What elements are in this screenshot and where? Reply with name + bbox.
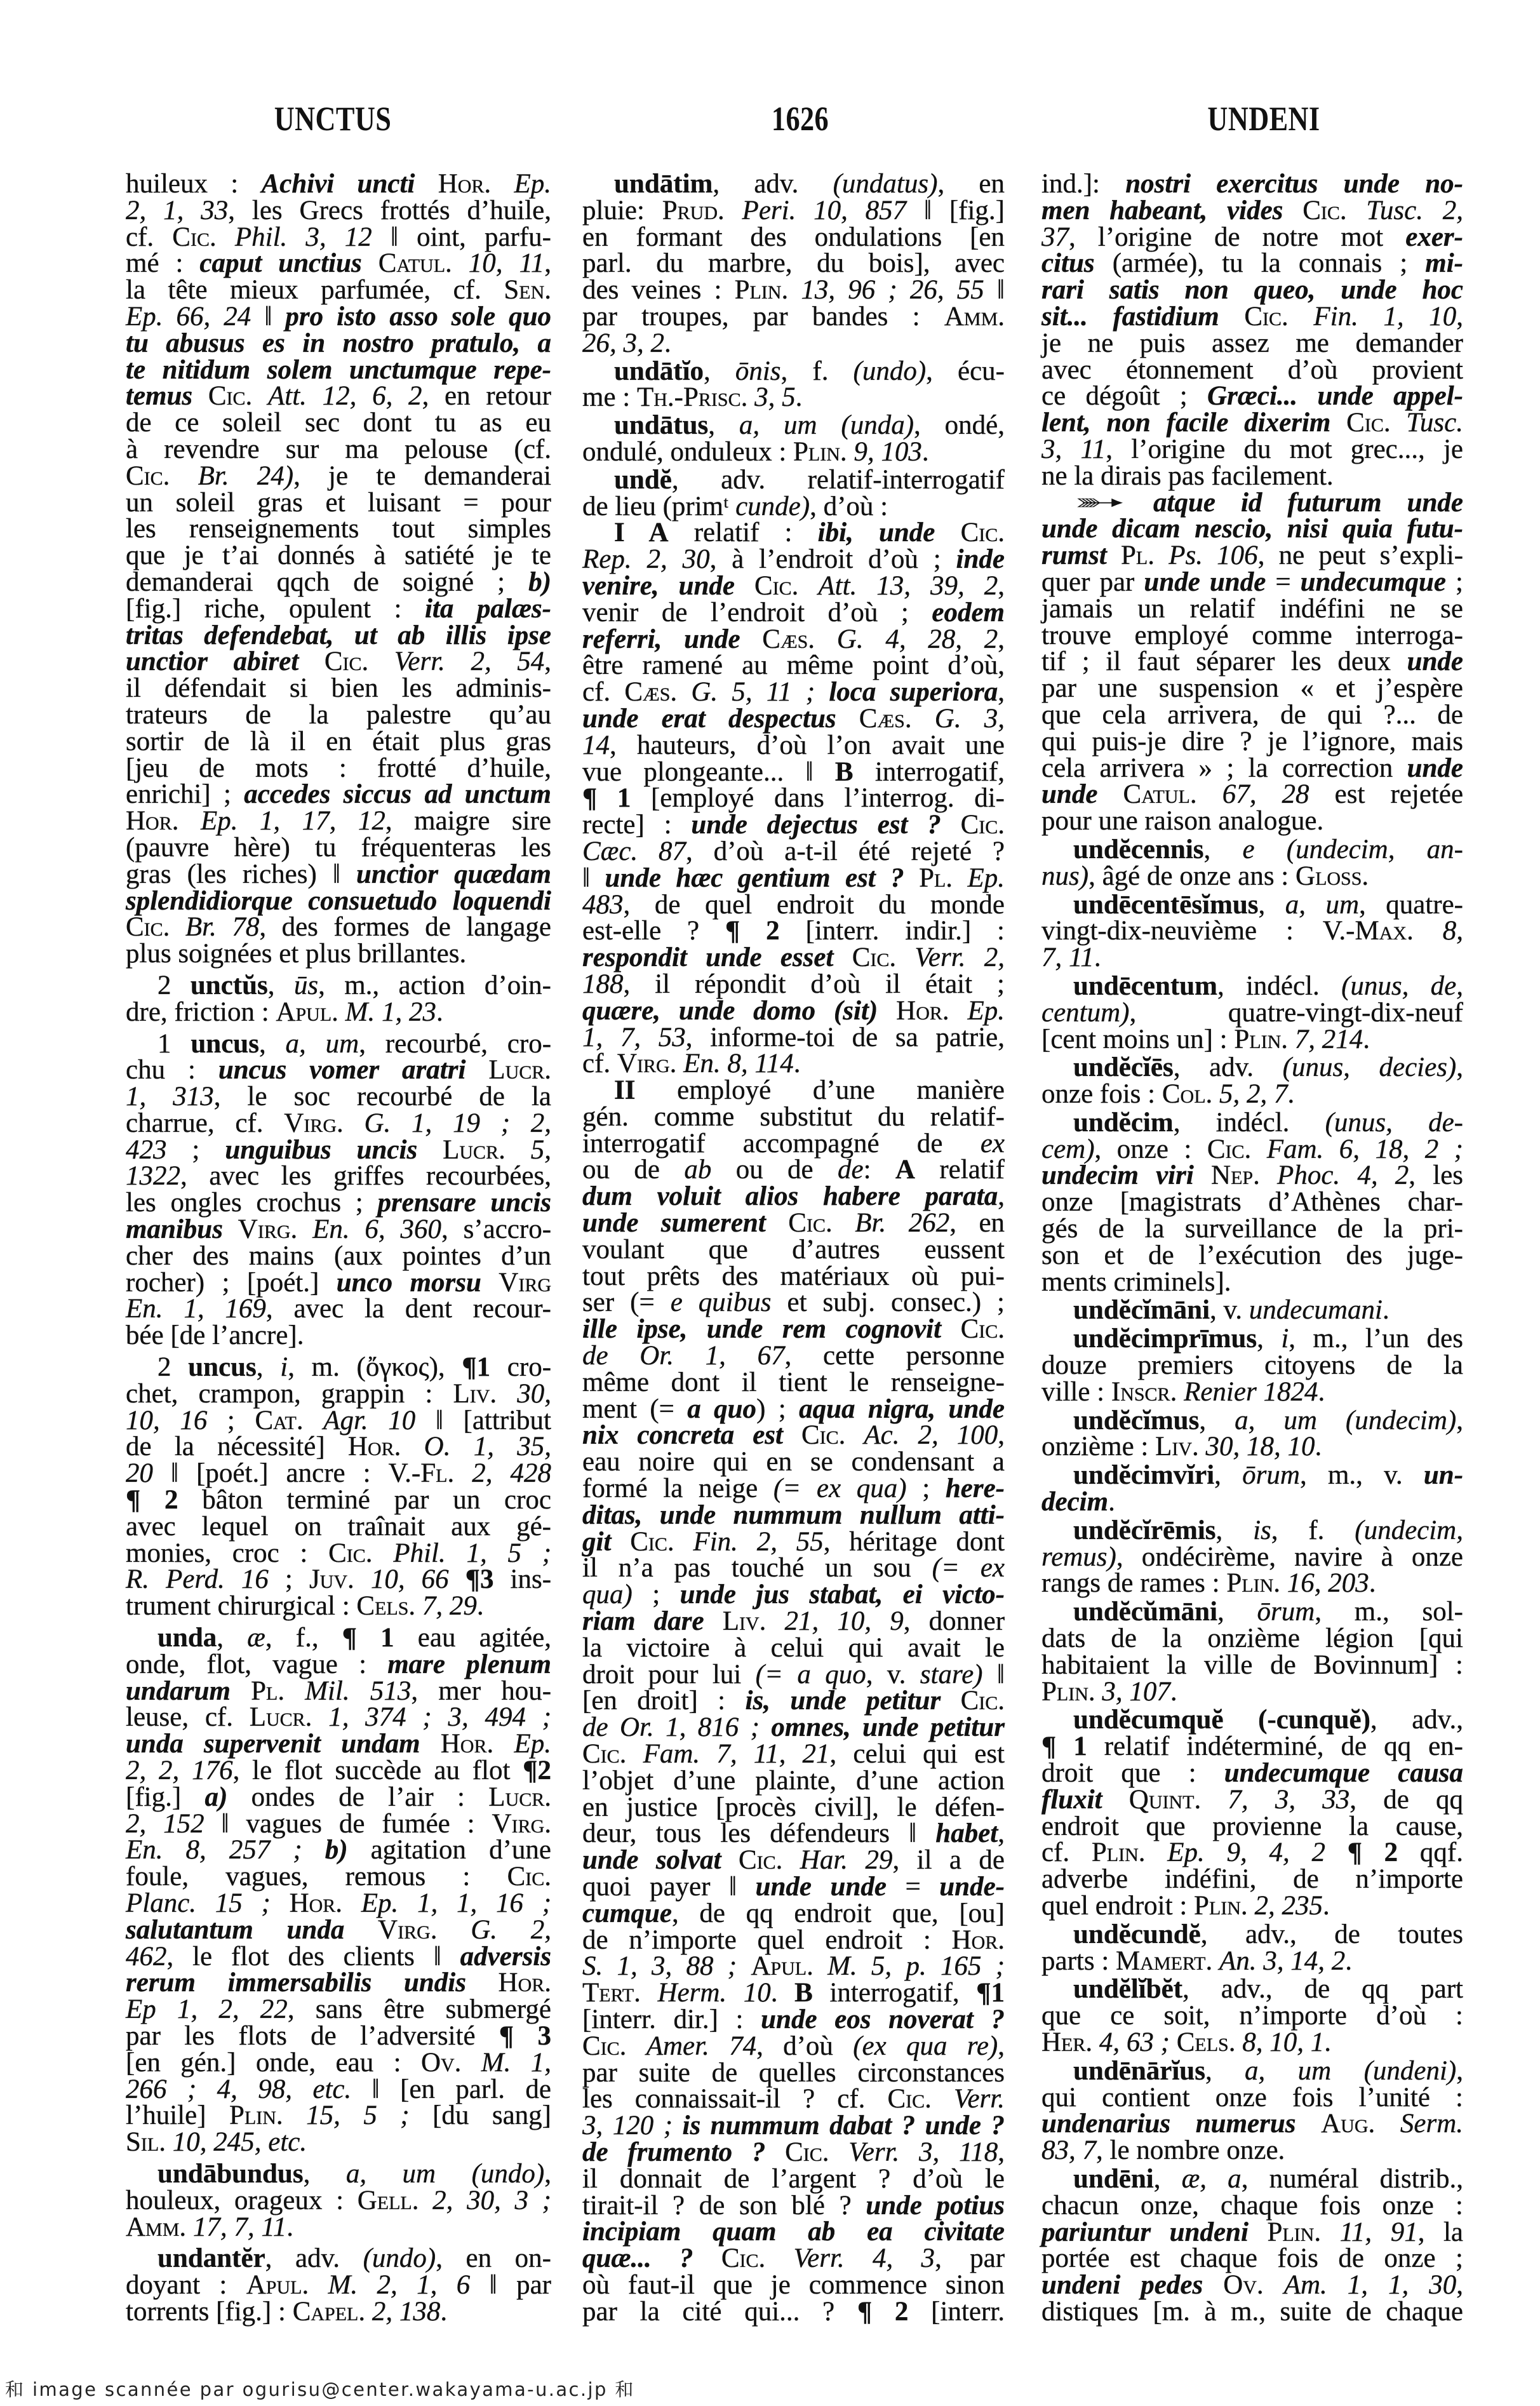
reference-italic: is	[1253, 1516, 1271, 1545]
text-run	[344, 1915, 378, 1945]
text-run: trument chirurgical :	[126, 1591, 356, 1621]
text-run	[941, 810, 961, 840]
bold-term: undēcentum	[1073, 971, 1217, 1001]
text-line: cf. Virg. En. 8, 114.	[582, 1051, 1005, 1077]
author-abbreviation: Apul.	[246, 2270, 309, 2300]
dictionary-entry: undĕcŭmāni, ōrum, m., sol-dats de la onz…	[1041, 1599, 1463, 1705]
text-run	[845, 1420, 864, 1450]
text-run	[1414, 916, 1443, 946]
bold-term: A	[895, 1155, 915, 1185]
reference-italic: a, um	[286, 1029, 359, 1059]
entry-subsection: ➳ atque id futurum undeunde dicam nescio…	[1041, 490, 1463, 835]
text-run: , v.	[1210, 1295, 1249, 1325]
author-abbreviation: Cic.	[961, 518, 1005, 548]
text-run: ment (=	[582, 1394, 687, 1424]
reference-italic: 67, 28	[1222, 779, 1309, 809]
text-run: chacun onze, chaque fois onze :	[1041, 2191, 1463, 2221]
text-run	[1325, 1838, 1348, 1867]
text-run	[1097, 779, 1123, 809]
text-line: jamais un relatif indéfini ne se	[1041, 596, 1463, 622]
text-line: avec étonnement d’où provient	[1041, 357, 1463, 384]
text-line: undĕcim, indécl. (unus, de-	[1041, 1110, 1463, 1136]
latin-quotation: unde hæc gentium est ?	[605, 863, 904, 893]
text-run	[166, 2127, 173, 2157]
text-run: , quatre-vingt-dix-neuf	[1130, 998, 1464, 1028]
author-abbreviation: Cic.	[785, 2137, 829, 2167]
reference-italic: G. 2,	[471, 1915, 551, 1945]
text-run	[170, 461, 198, 491]
author-abbreviation: Hor.	[441, 1729, 493, 1759]
text-line: de la nécessité] Hor. O. 1, 35,	[126, 1434, 551, 1460]
text-line: portée est chaque fois de onze ;	[1041, 2245, 1463, 2272]
text-line: enrichi] ; accedes siccus ad unctum	[126, 781, 551, 808]
text-line: parl. du marbre, du bois], avec	[582, 250, 1005, 277]
author-abbreviation: Plin.	[229, 2100, 283, 2130]
text-line: houleux, orageux : Gell. 2, 30, 3 ;	[126, 2188, 551, 2214]
text-run: , f.	[781, 356, 854, 386]
text-run: il n’a pas touché un sou	[582, 1553, 932, 1583]
text-line: 2, 152 ‖ vagues de fumée : Virg.	[126, 1811, 551, 1838]
right-guide-word: UNDENI	[1202, 102, 1327, 136]
reference-italic: qua)	[582, 1580, 633, 1610]
text-run: gén. comme substitut du relatif-	[582, 1102, 1005, 1132]
reference-italic: Fin. 1, 10	[1313, 302, 1456, 332]
bold-term: undĕcumquĕ (-cunquĕ)	[1073, 1705, 1370, 1735]
text-line: undĕcennis, e (undecim, an-	[1041, 837, 1463, 863]
bold-term: undātus	[614, 410, 708, 440]
reference-italic: Mil. 513	[305, 1676, 411, 1706]
text-run: [jeu de mots : frotté d’huile,	[126, 753, 551, 783]
text-run: onde, flot, vague :	[126, 1650, 387, 1679]
text-run: .	[1323, 1891, 1330, 1921]
author-abbreviation: Lucr.	[488, 1055, 551, 1085]
text-run: enrichi] ;	[126, 779, 244, 809]
author-abbreviation: Cic.	[852, 943, 896, 972]
reference-italic: æ, a	[1182, 2164, 1242, 2194]
latin-quotation: men habeant, vides	[1041, 196, 1283, 225]
text-run: .	[1094, 943, 1101, 972]
reference-italic: 8,	[1443, 916, 1463, 946]
bold-term: undĕcundĕ	[1073, 1919, 1201, 1949]
text-run: , le flot succède au flot	[233, 1756, 523, 1785]
reference-italic: (= ex	[932, 1553, 1005, 1583]
text-run: , de quel endroit du monde	[624, 890, 1005, 920]
text-run: jamais un relatif indéfini ne se	[1041, 594, 1463, 624]
reference-italic: 462	[126, 1942, 167, 1972]
author-abbreviation: Cæs.	[762, 624, 815, 654]
text-line: 266 ; 4, 98, etc. ‖ [en parl. de	[126, 2076, 551, 2103]
author-abbreviation: Ov.	[421, 2048, 461, 2078]
text-line: cela arrivera » ; la correction unde	[1041, 755, 1463, 782]
bold-term: undēcentēsĭmus	[1073, 890, 1258, 920]
author-abbreviation: Cic.	[507, 1862, 551, 1892]
bold-term: undĕcŭmāni	[1073, 1597, 1217, 1627]
text-line: tu abusus es in nostro pratulo, a	[126, 330, 551, 357]
latin-quotation: decim	[1041, 1487, 1108, 1517]
text-run	[362, 248, 378, 278]
text-line: habitaient la ville de Bovinnum] :	[1041, 1652, 1463, 1679]
text-run: , ondécirème, navire à onze	[1116, 1542, 1463, 1572]
text-line: R. Perd. 16 ; Juv. 10, 66 ¶3 ins-	[126, 1566, 551, 1593]
reference-italic: Ep.	[967, 863, 1005, 893]
text-run	[1248, 1891, 1255, 1921]
text-run: droit pour lui	[582, 1660, 756, 1690]
reference-italic: cunde)	[735, 492, 810, 521]
text-run	[626, 2031, 646, 2061]
bold-term: ¶ 3	[499, 2021, 551, 2051]
text-run	[674, 1527, 693, 1557]
reference-italic: 30, 18, 10	[1206, 1432, 1315, 1462]
text-run	[186, 2212, 193, 2242]
text-run: par la cité qui... ?	[582, 2297, 857, 2327]
text-line: Sil. 10, 245, etc.	[126, 2129, 551, 2156]
text-run: , de qq	[1349, 1785, 1463, 1815]
bold-term: undĕcĭmus	[1073, 1406, 1199, 1435]
dictionary-entry: 2 uncus, i, m. (ὄγκος), ¶1 cro-chet, cra…	[126, 1354, 551, 1620]
text-run	[170, 912, 185, 942]
text-run: , onze :	[1095, 1134, 1207, 1164]
text-run: cro-	[490, 1352, 551, 1382]
text-run: ind.]:	[1041, 169, 1125, 199]
dictionary-entry: undĕcimprīmus, i, m., l’un desdouze prem…	[1041, 1326, 1463, 1405]
text-run: recte] :	[582, 810, 691, 840]
text-run: ‖ oint, parfu-	[372, 222, 551, 252]
text-line: ville : Inscr. Renier 1824.	[1041, 1379, 1463, 1406]
reference-italic: Ep.	[514, 169, 552, 199]
text-line: unde Catul. 67, 28 est rejetée	[1041, 781, 1463, 808]
text-run: .	[1108, 1487, 1115, 1517]
bold-term: ¶ 2	[725, 916, 780, 946]
reference-italic: Ep 1, 2, 22	[126, 1994, 288, 2024]
author-abbreviation: Virg	[499, 1268, 551, 1298]
text-line: trument chirurgical : Cels. 7, 29.	[126, 1593, 551, 1620]
text-run	[737, 1951, 751, 1981]
dictionary-entry: undēcentum, indécl. (unus, de,centum), q…	[1041, 973, 1463, 1052]
text-run	[765, 2243, 793, 2273]
author-abbreviation: Hor.	[499, 1968, 551, 1998]
reference-italic: (undo)	[854, 356, 927, 386]
latin-quotation: omnes, unde petitur	[771, 1712, 1005, 1742]
reference-italic: Planc. 15 ;	[126, 1888, 271, 1918]
text-line: par troupes, par bandes : Amm.	[582, 304, 1005, 330]
text-run: , sans être submergé	[288, 1994, 551, 2024]
reference-italic: 3, 120 ;	[582, 2111, 673, 2141]
text-run: , f.	[1271, 1516, 1355, 1545]
bold-term: ¶3	[465, 1564, 494, 1594]
text-run	[676, 1049, 683, 1079]
text-line: interrogatif accompagné de ex	[582, 1131, 1005, 1157]
text-run	[1102, 1785, 1129, 1815]
reference-italic: Ep. 1, 17, 12	[201, 806, 385, 836]
text-line: respondit unde esset Cic. Verr. 2,	[582, 944, 1005, 971]
text-line: temus Cic. Att. 12, 6, 2, en retour	[126, 383, 551, 410]
entry-continuation: ind.]: nostri exercitus unde no-men habe…	[1041, 171, 1463, 490]
bold-term: uncus	[188, 1352, 257, 1382]
latin-quotation: lent, non facile dixerim	[1041, 408, 1330, 438]
text-run: ;	[907, 1474, 946, 1503]
text-run: ,	[1456, 1406, 1463, 1435]
text-run	[438, 1915, 471, 1945]
text-run: .	[440, 2297, 447, 2327]
latin-quotation: quære, unde domo (sit)	[582, 996, 878, 1026]
text-run: vue plongeante... ‖	[582, 757, 835, 787]
latin-quotation: unde dejectus est ?	[691, 810, 941, 840]
text-run: .	[922, 437, 929, 467]
text-run: .	[477, 1591, 484, 1621]
author-abbreviation: Plin.	[1041, 1677, 1095, 1707]
reference-italic: 188	[582, 969, 624, 999]
text-line: undĕcĭrēmis, is, f. (undecim,	[1041, 1517, 1463, 1544]
text-run: .	[286, 2212, 293, 2242]
text-run: ,	[1456, 2270, 1463, 2300]
text-line: [fig.] riche, opulent : ita palæs-	[126, 596, 551, 622]
text-run: l’objet d’une plainte, d’une action	[582, 1766, 1005, 1796]
text-line: qui contient onze fois l’unité :	[1041, 2085, 1463, 2111]
text-run: [en gén.] onde, eau :	[126, 2048, 421, 2078]
reference-italic: Verr. 2,	[914, 943, 1005, 972]
reference-italic: i	[280, 1352, 288, 1382]
latin-quotation: temus	[126, 381, 192, 411]
reference-italic: 2, 2, 176	[126, 1756, 233, 1785]
reference-italic: En. 8, 114	[683, 1049, 794, 1079]
latin-quotation: unde dicam nescio, nisi quia futu-	[1041, 514, 1463, 544]
author-abbreviation: Catul.	[1123, 779, 1197, 809]
author-abbreviation: Cæs.	[624, 677, 677, 707]
bold-term: undēnārĭus	[1073, 2056, 1205, 2086]
reference-italic: undecumani	[1249, 1295, 1383, 1325]
text-line: 1322, avec les griffes recourbées,	[126, 1163, 551, 1190]
reference-italic: 483	[582, 890, 624, 920]
latin-quotation: fluxit	[1041, 1785, 1102, 1815]
text-run	[788, 275, 801, 305]
text-run	[766, 1606, 784, 1636]
text-run	[611, 1527, 630, 1557]
text-run: , d’où	[756, 2031, 853, 2061]
text-run: ,	[1257, 1324, 1281, 1354]
reference-italic: 10, 16	[126, 1406, 207, 1435]
text-run	[342, 1888, 361, 1918]
latin-quotation: riam dare	[582, 1606, 704, 1636]
text-run: gés de la surveillance de la pri-	[1041, 1214, 1463, 1244]
latin-quotation: nix concreta est	[582, 1420, 783, 1450]
dictionary-entry: 1 uncus, a, um, recourbé, cro-chu : uncu…	[126, 1031, 551, 1350]
text-run: [fig.]	[126, 1782, 204, 1812]
reference-italic: 17, 7, 11	[193, 2212, 286, 2242]
latin-quotation: pariuntur undeni	[1041, 2217, 1249, 2247]
text-run	[401, 1432, 424, 1462]
text-run	[765, 2137, 785, 2167]
text-run: , la	[1418, 2217, 1463, 2247]
text-run	[641, 1978, 658, 2008]
text-line: 2 unctŭs, ūs, m., action d’oin-	[126, 972, 551, 999]
text-line: unde dicam nescio, nisi quia futu-	[1041, 516, 1463, 542]
text-run: .	[1369, 1568, 1376, 1598]
text-line: ¶ 1 relatif indéterminé, de qq en-	[1041, 1733, 1463, 1760]
text-run: eau agitée,	[394, 1623, 551, 1653]
reference-italic: 3, 107	[1102, 1677, 1170, 1707]
text-run: cf.	[582, 1049, 617, 1079]
text-run: avec lequel on traînait aux gé-	[126, 1512, 551, 1542]
text-line: il donnait de l’argent ? d’où le	[582, 2166, 1005, 2193]
text-run	[1212, 1946, 1219, 1976]
text-run: qui puis-je dire ? je l’ignore, mais	[1041, 727, 1463, 756]
reference-italic: a, um (undo)	[346, 2159, 544, 2189]
text-run: trouve employé comme interroga-	[1041, 621, 1463, 650]
text-line: ser (= e quibus et subj. consec.) ;	[582, 1289, 1005, 1316]
latin-quotation: nostri exercitus unde no-	[1125, 169, 1463, 199]
author-abbreviation: Lucr.	[443, 1135, 506, 1165]
text-run: est rejetée	[1309, 779, 1463, 809]
text-line: pariuntur undeni Plin. 11, 91, la	[1041, 2219, 1463, 2246]
text-run: , indécl.	[1217, 971, 1341, 1001]
text-run: , en retour	[422, 381, 551, 411]
text-run: onze fois :	[1041, 1079, 1162, 1109]
latin-quotation: referri, unde	[582, 624, 740, 654]
latin-quotation: unde erat despectus	[582, 704, 836, 734]
author-abbreviation: Cic.	[754, 571, 798, 601]
text-run	[815, 624, 837, 654]
text-run	[298, 647, 325, 676]
latin-quotation: de frumento ?	[582, 2137, 765, 2167]
text-run: trateurs de la palestre qu’au	[126, 700, 551, 730]
text-run: , avec la dent recour-	[266, 1294, 551, 1324]
text-run: , f.,	[265, 1623, 342, 1653]
section-label: b)	[528, 567, 551, 597]
text-run: , adv., de qq part	[1182, 1974, 1463, 2004]
text-run: ,	[1216, 1516, 1254, 1545]
text-line: cem), onze : Cic. Fam. 6, 18, 2 ;	[1041, 1136, 1463, 1163]
text-line: adverbe indéfini, de n’importe	[1041, 1866, 1463, 1893]
text-run: , mer hou-	[411, 1676, 551, 1706]
author-abbreviation: Hor.	[952, 1925, 1005, 1955]
text-run: ,	[1205, 2056, 1245, 2086]
text-run: dre, friction :	[126, 997, 276, 1027]
text-run: :	[864, 1155, 895, 1185]
text-line: undĕcĭmāni, v. undecumani.	[1041, 1297, 1463, 1324]
author-abbreviation: Cic.	[721, 2243, 765, 2273]
text-run: .	[1363, 1025, 1370, 1054]
text-line: sit... fastidium Cic. Fin. 1, 10,	[1041, 304, 1463, 330]
author-abbreviation: Ov.	[1223, 2270, 1263, 2300]
text-line: undĕ, adv. relatif-interrogatif	[582, 467, 1005, 494]
latin-quotation: unde	[1407, 753, 1463, 783]
reference-italic: de Or. 1, 67	[582, 1341, 785, 1371]
latin-quotation: unde	[1407, 647, 1463, 676]
text-line: monies, croc : Cic. Phil. 1, 5 ;	[126, 1540, 551, 1567]
text-run: , m., l’un des	[1289, 1324, 1463, 1354]
author-abbreviation: Pl.	[919, 863, 953, 893]
text-line: Ep. 66, 24 ‖ pro isto asso sole quo	[126, 304, 551, 330]
reference-italic: G. 5, 11 ;	[691, 677, 815, 707]
latin-quotation: undeni pedes	[1041, 2270, 1203, 2300]
text-run: ville :	[1041, 1377, 1111, 1407]
text-run: un soleil gras et luisant = pour	[126, 488, 551, 518]
text-line: ce dégoût ; Græci... unde appel-	[1041, 383, 1463, 410]
dictionary-entry: undābundus, a, um (undo),houleux, orageu…	[126, 2161, 551, 2240]
text-line: endroit que provienne la cause,	[1041, 1813, 1463, 1840]
reference-italic: Ep.	[514, 1729, 551, 1759]
latin-quotation: salutantum unda	[126, 1915, 344, 1945]
reference-italic: 2, 1, 33	[126, 196, 228, 225]
text-run: demanderai qqch de soigné ;	[126, 567, 528, 597]
text-line: [jeu de mots : frotté d’huile,	[126, 755, 551, 782]
text-run	[725, 196, 742, 225]
bold-term: undēni	[1073, 2164, 1154, 2194]
text-run: foule, vagues, remous :	[126, 1862, 507, 1892]
reference-italic: 26, 3, 2	[582, 328, 664, 358]
section-label: b)	[325, 1835, 348, 1865]
text-line: 3, 11, l’origine du mot grec..., je	[1041, 436, 1463, 463]
text-line: chacun onze, chaque fois onze :	[1041, 2193, 1463, 2219]
section-label: a)	[204, 1782, 227, 1812]
reference-italic: ōrum	[1242, 1460, 1300, 1490]
text-line: unde sumerent Cic. Br. 262, en	[582, 1210, 1005, 1237]
author-abbreviation: Virg.	[238, 1214, 297, 1244]
text-run: endroit que provienne la cause,	[1041, 1811, 1463, 1841]
reference-italic: 7, 3, 33	[1228, 1785, 1349, 1815]
text-line: undātĭo, ōnis, f. (undo), écu-	[582, 358, 1005, 385]
text-run: ,	[1154, 2164, 1182, 2194]
reference-italic: S. 1, 3, 88 ;	[582, 1951, 737, 1981]
text-run: ‖	[983, 1660, 1005, 1690]
text-run: , le flot des clients ‖	[167, 1942, 460, 1972]
text-line: git Cic. Fin. 2, 55, héritage dont	[582, 1529, 1005, 1556]
text-run	[1212, 1079, 1219, 1109]
reference-italic: (ex qua re)	[853, 2031, 998, 2061]
latin-quotation: accedes siccus ad unctum	[244, 779, 551, 809]
text-run: =	[1266, 567, 1300, 597]
text-run: par suite de quelles circonstances	[582, 2058, 1005, 2088]
text-run: à revendre sur ma pelouse (cf.	[126, 434, 551, 464]
text-run: .	[1324, 2027, 1331, 2057]
text-run: , l’origine de notre mot	[1069, 222, 1405, 252]
text-line: ou de ab ou de de: A relatif	[582, 1157, 1005, 1183]
text-line: undĕcumquĕ (-cunquĕ), adv.,	[1041, 1707, 1463, 1733]
text-run: il donnait de l’argent ? d’où le	[582, 2164, 1005, 2194]
text-run: onze [magistrats d’Athènes char-	[1041, 1187, 1463, 1217]
text-line: même dont il tient le renseigne-	[582, 1369, 1005, 1396]
reference-italic: 5, 2, 7	[1219, 1079, 1288, 1109]
text-run: , m., v.	[1300, 1460, 1424, 1490]
text-run: , à l’endroit d’où ;	[710, 544, 956, 574]
text-run	[1177, 1377, 1184, 1407]
latin-quotation: unde	[1041, 779, 1097, 809]
text-line: ditas, unde nummum nullum atti-	[582, 1502, 1005, 1529]
latin-quotation: Achivi uncti	[262, 169, 415, 199]
latin-quotation: undecumque causa	[1224, 1758, 1463, 1788]
dictionary-entry: unda, æ, f., ¶ 1 eau agitée,onde, flot, …	[126, 1625, 551, 2156]
reference-italic: G. 1, 19 ; 2,	[364, 1108, 551, 1138]
text-line: 1, 7, 53, informe-toi de sa patrie,	[582, 1025, 1005, 1051]
entry-subsection: II employé d’une manièregén. comme subst…	[582, 1077, 1005, 2325]
author-abbreviation: Cic.	[208, 381, 252, 411]
reference-italic: 1322	[126, 1161, 180, 1191]
text-line: undēcentēsĭmus, a, um, quatre-	[1041, 892, 1463, 918]
text-line: par suite de quelles circonstances	[582, 2060, 1005, 2087]
bold-term: undātim	[614, 169, 713, 199]
text-line: unctior abiret Cic. Verr. 2, 54,	[126, 649, 551, 675]
reference-italic: Tusc. 2,	[1366, 196, 1463, 225]
author-abbreviation: Quint.	[1129, 1785, 1201, 1815]
text-run	[1219, 302, 1245, 332]
text-line: Cic. Br. 24), je te demanderai	[126, 463, 551, 490]
latin-quotation: sit... fastidium	[1041, 302, 1219, 332]
reference-italic: ex	[981, 1129, 1005, 1159]
text-run: de lieu (primᵗ	[582, 492, 735, 521]
reference-italic: Ep.	[968, 996, 1005, 1026]
text-line: Hor. Ep. 1, 17, 12, maigre sire	[126, 808, 551, 835]
text-run: onzième :	[1041, 1432, 1155, 1462]
